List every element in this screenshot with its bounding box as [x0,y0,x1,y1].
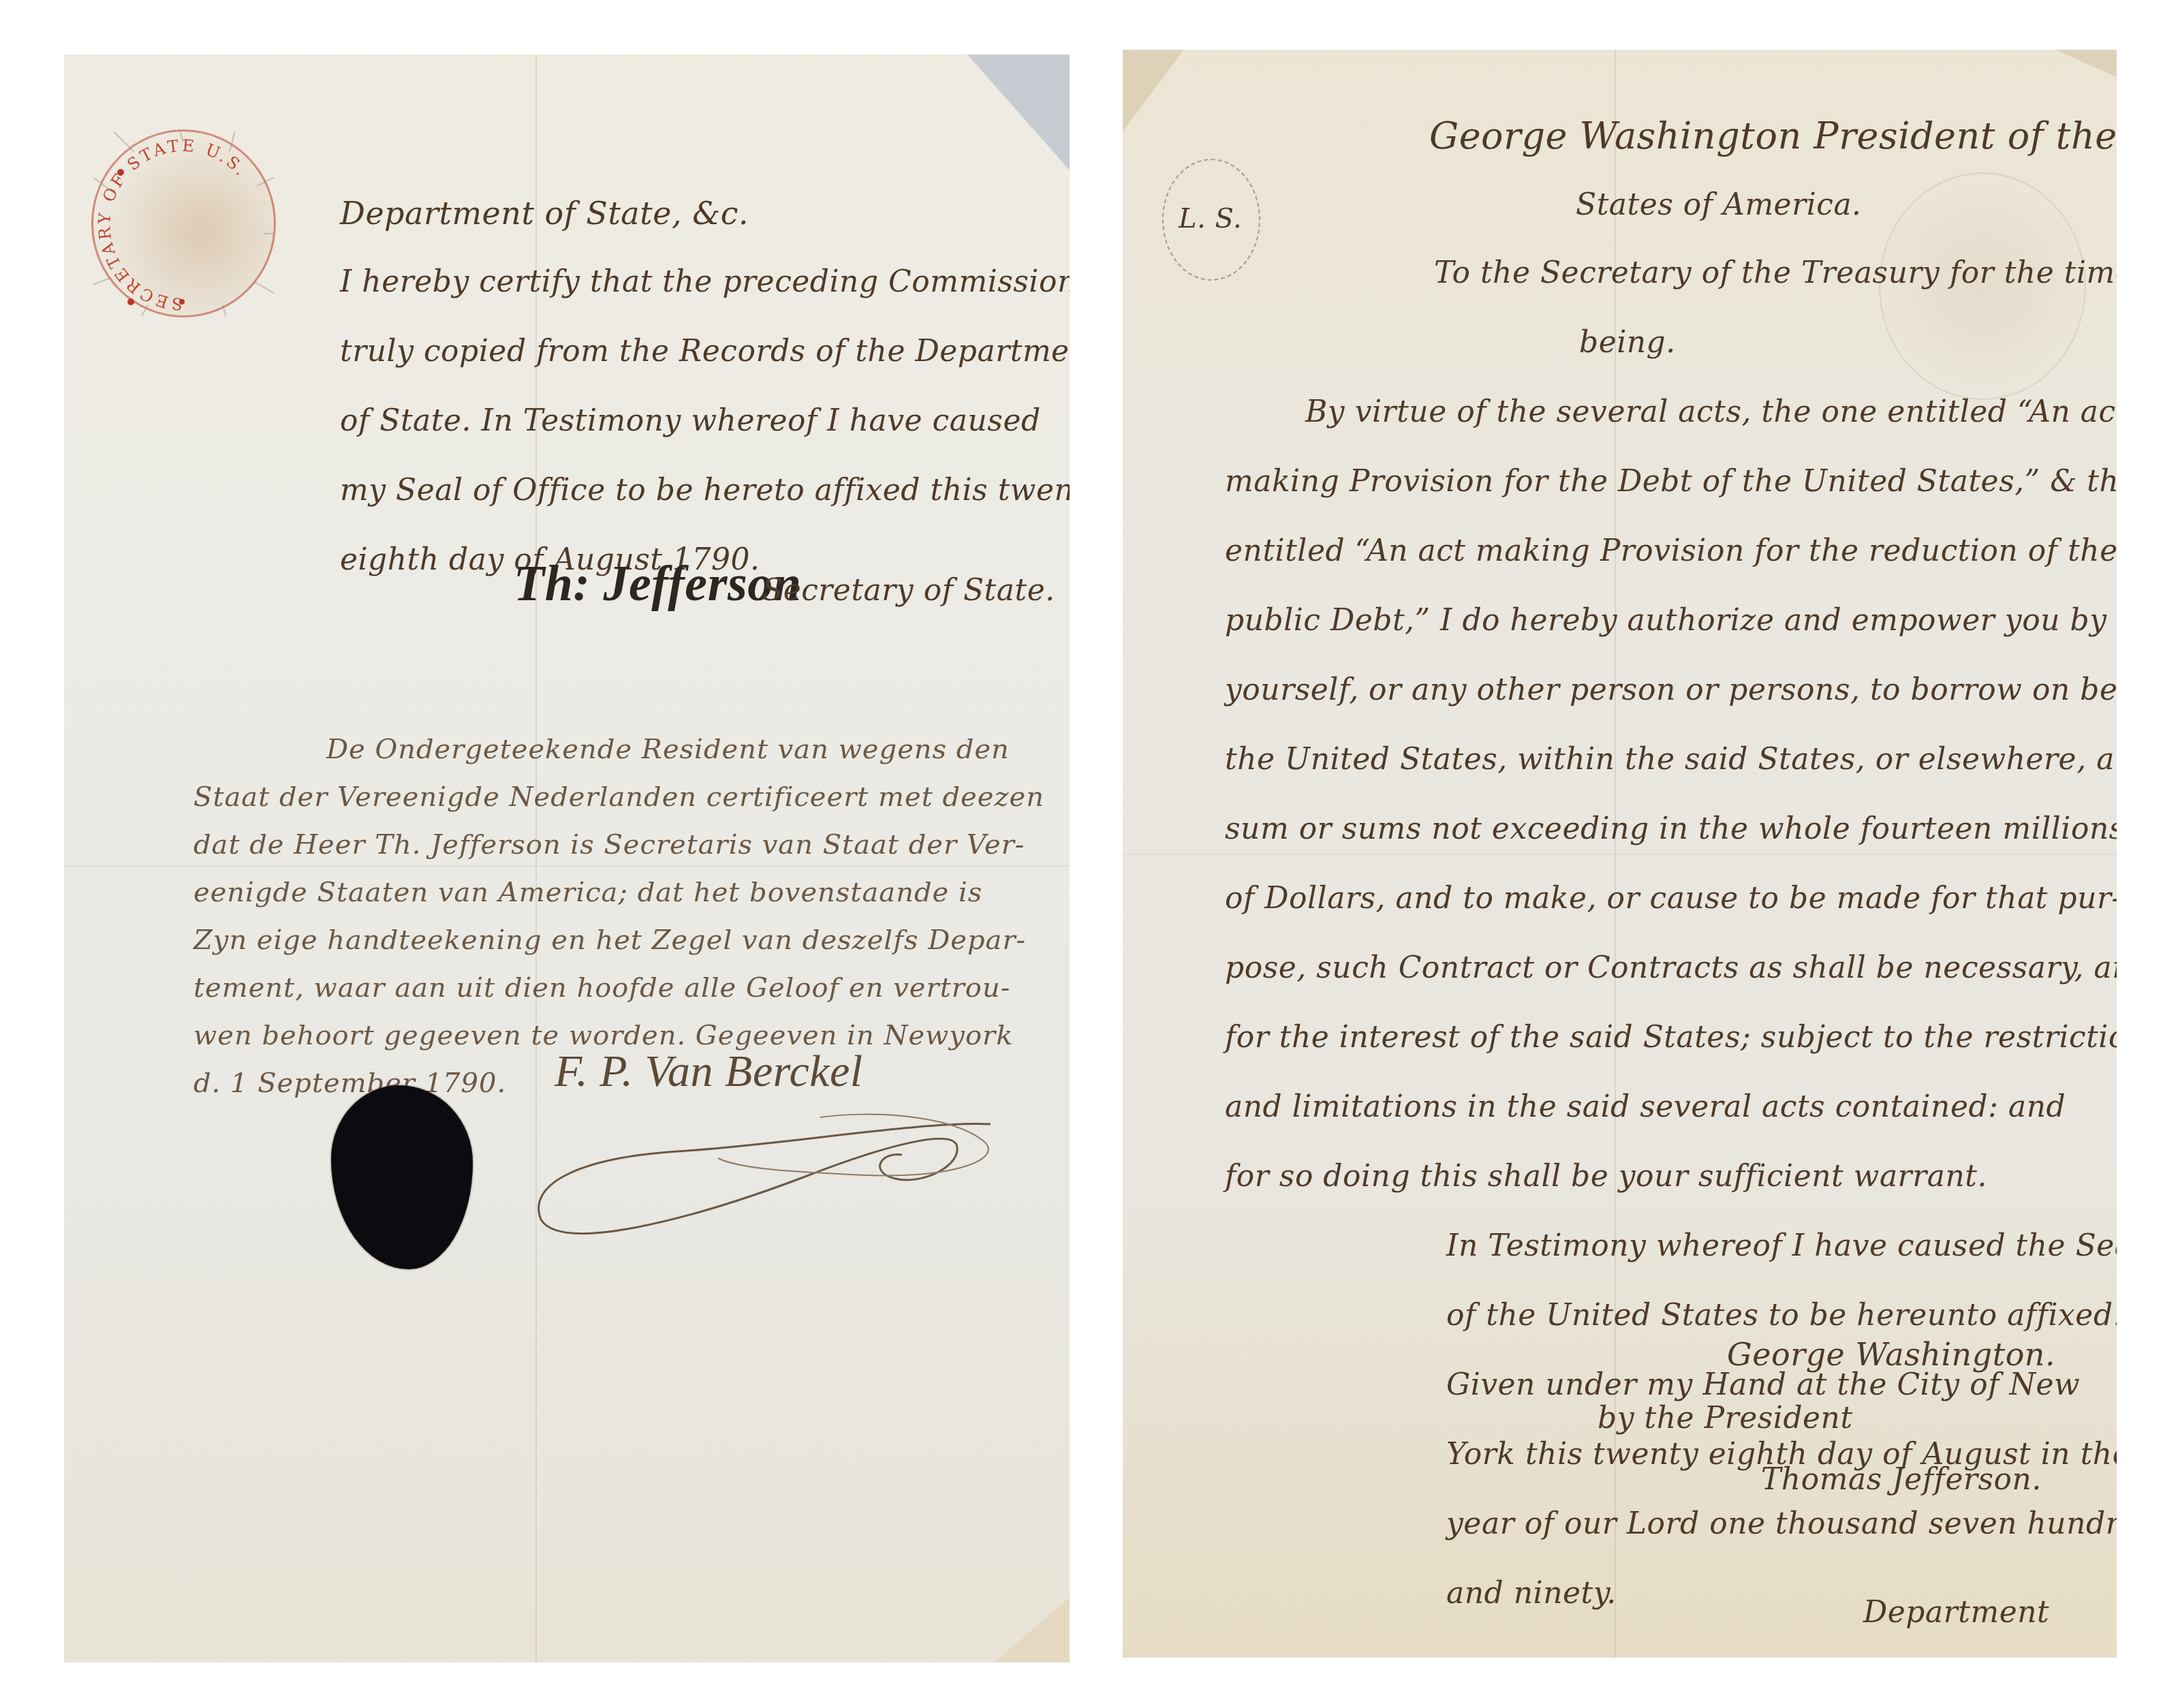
department-heading: Department of State, &c. [340,198,749,229]
body-line: yourself, or any other person or persons… [1225,675,2117,705]
signature-flourish-icon [514,1104,1025,1254]
dutch-certificate-line: De Ondergeteekende Resident van wegens d… [326,736,1010,763]
seal-text: SECRETARY OF STATE U.S. [95,136,251,314]
dutch-certificate-line: d. 1 September 1790. [193,1070,506,1097]
seal-ring-icon: SECRETARY OF STATE U.S. [93,131,274,315]
certification-line: of State. In Testimony whereof I have ca… [340,406,1041,436]
body-line: of Dollars, and to make, or cause to be … [1225,884,2117,914]
washington-signature: George Washington. [1727,1339,2055,1370]
left-manuscript-page: SECRETARY OF STATE U.S. Department of St… [64,55,1070,1662]
testimony-line: of the United States to be hereunto affi… [1446,1301,2117,1331]
dutch-certificate-line: Zyn eige handteekening en het Zegel van … [193,927,1026,954]
certification-line: my Seal of Office to be hereto affixed t… [340,476,1070,506]
catchword: Department [1863,1598,2049,1628]
certification-line: I hereby certify that the preceding Comm… [340,267,1070,297]
svg-text:SECRETARY OF STATE U.S.: SECRETARY OF STATE U.S. [95,136,251,314]
testimony-line: Given under my Hand at the City of New [1446,1370,2080,1400]
jefferson-countersignature: Thomas Jefferson. [1761,1465,2042,1495]
body-line: entitled “An act making Provision for th… [1225,536,2117,566]
by-the-president: by the President [1598,1403,1853,1433]
body-line: the United States, within the said State… [1225,745,2115,775]
secretary-of-state-seal-icon: SECRETARY OF STATE U.S. [91,129,276,317]
folded-corner [2055,50,2117,77]
folded-corner [1123,50,1184,131]
van-berckel-signature: F. P. Van Berckel [555,1049,863,1094]
body-line: public Debt,” I do hereby authorize and … [1225,606,2107,636]
dutch-certificate-line: eenigde Staaten van America; dat het bov… [193,879,982,906]
body-line: sum or sums not exceeding in the whole f… [1225,814,2117,844]
folded-corner [967,55,1070,170]
dutch-certificate-line: wen behoort gegeeven te worden. Gegeeven… [193,1022,1013,1049]
commission-title-cont: States of America. [1576,190,1862,220]
body-line: for the interest of the said States; sub… [1225,1023,2117,1053]
ls-mark: L. S. [1179,205,1242,232]
jefferson-signature: Th: Jefferson [514,559,801,609]
testimony-line: In Testimony whereof I have caused the S… [1446,1231,2117,1261]
body-line: making Provision for the Debt of the Uni… [1225,467,2117,497]
address-line-cont: being. [1579,328,1676,358]
testimony-line: year of our Lord one thousand seven hund… [1446,1509,2117,1539]
address-line: To the Secretary of the Treasury for the… [1434,258,2117,288]
body-line: and limitations in the said several acts… [1225,1092,2066,1122]
body-line: for so doing this shall be your sufficie… [1225,1162,1987,1192]
dutch-certificate-line: tement, waar aan uit dien hoofde alle Ge… [193,974,1010,1001]
body-line: By virtue of the several acts, the one e… [1305,397,2117,427]
certification-line: truly copied from the Records of the Dep… [340,337,1070,367]
fold-crease [1123,854,2117,855]
testimony-line: and ninety. [1446,1579,1617,1609]
commission-title: George Washington President of the Unite… [1429,118,2117,155]
signature-title: Secretary of State. [762,576,1055,606]
dutch-certificate-line: dat de Heer Th. Jefferson is Secretaris … [193,831,1025,858]
fold-crease [64,865,1070,867]
body-line: pose, such Contract or Contracts as shal… [1225,953,2117,983]
folded-corner [995,1598,1070,1662]
dutch-certificate-line: Staat der Vereenigde Nederlanden certifi… [193,783,1044,811]
black-wax-seal-icon [331,1085,473,1269]
